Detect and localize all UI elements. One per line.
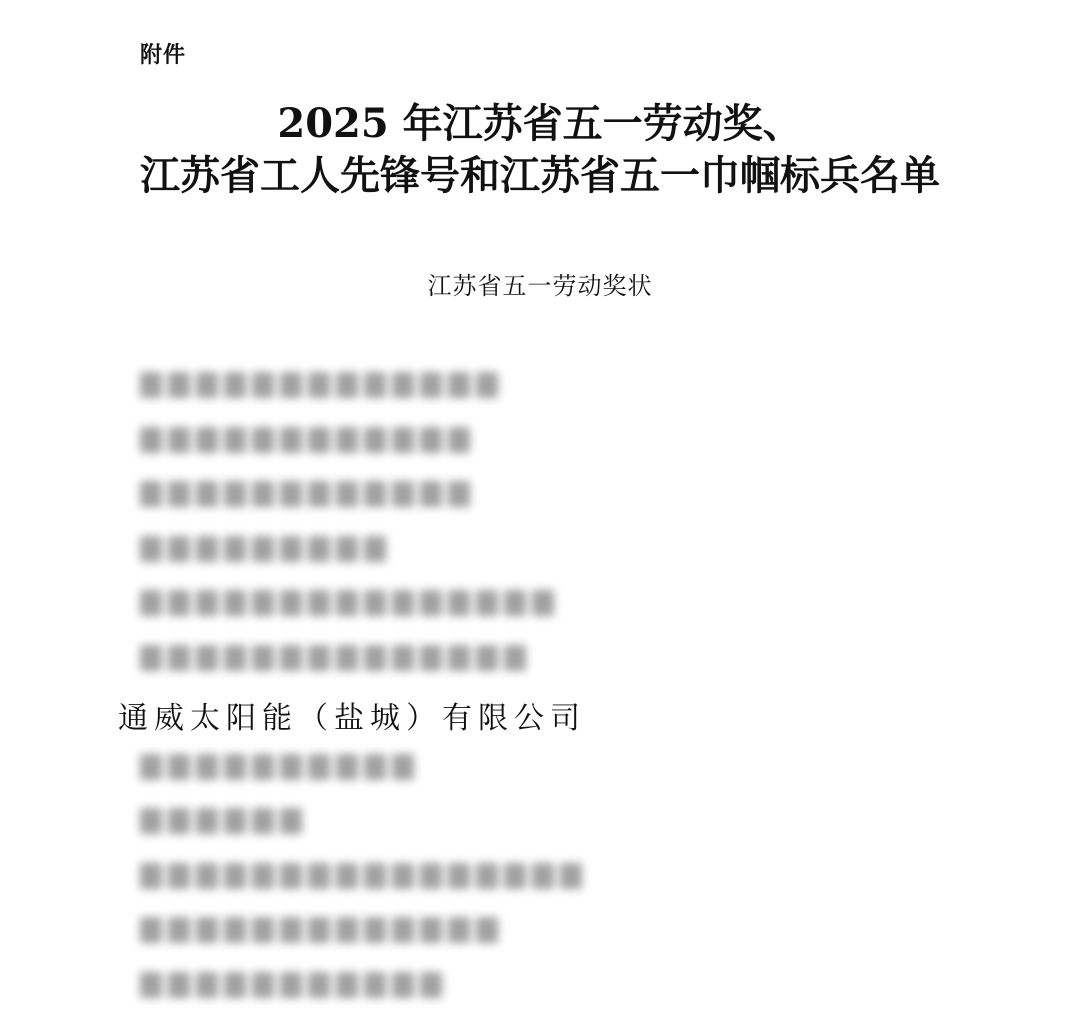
redacted-char [280,427,302,453]
list-item: 通威太阳能（盐城）有限公司 [118,693,586,729]
redacted-char [392,645,414,671]
redacted-char [336,372,358,398]
redacted-char [280,808,302,834]
redacted-char [280,972,302,998]
redacted-char [196,972,218,998]
redacted-char [392,863,414,889]
redacted-char [476,590,498,616]
redacted-char [448,427,470,453]
redacted-char [308,972,330,998]
redacted-char [392,481,414,507]
redacted-char [336,590,358,616]
redacted-char [224,754,246,780]
redacted-char [196,863,218,889]
redacted-char [252,645,274,671]
redacted-char [504,863,526,889]
redacted-char [196,754,218,780]
redacted-char [420,427,442,453]
redacted-char [336,754,358,780]
redacted-char [140,863,162,889]
list-item-redacted [140,917,498,953]
redacted-char [420,863,442,889]
redacted-char [252,863,274,889]
redacted-char [280,754,302,780]
redacted-char [420,372,442,398]
redacted-char [420,917,442,943]
redacted-char [308,372,330,398]
redacted-char [560,863,582,889]
redacted-char [392,972,414,998]
redacted-char [364,754,386,780]
redacted-char [420,590,442,616]
redacted-char [224,863,246,889]
redacted-char [364,863,386,889]
list-item-redacted [140,481,470,517]
redacted-char [168,863,190,889]
redacted-char [224,645,246,671]
redacted-char [224,972,246,998]
redacted-char [224,372,246,398]
redacted-char [196,590,218,616]
list-item-redacted [140,372,498,408]
redacted-char [168,808,190,834]
redacted-char [280,590,302,616]
redacted-char [308,754,330,780]
redacted-char [532,863,554,889]
redacted-char [252,808,274,834]
redacted-char [196,372,218,398]
redacted-char [420,645,442,671]
redacted-char [420,481,442,507]
redacted-char [476,917,498,943]
redacted-char [252,917,274,943]
redacted-char [280,481,302,507]
redacted-char [196,917,218,943]
redacted-char [196,645,218,671]
redacted-char [504,590,526,616]
redacted-char [168,754,190,780]
redacted-char [448,590,470,616]
redacted-char [448,645,470,671]
redacted-char [364,590,386,616]
redacted-char [364,481,386,507]
redacted-char [196,481,218,507]
redacted-char [308,645,330,671]
redacted-char [140,645,162,671]
list-item-redacted [140,972,442,1008]
redacted-char [336,972,358,998]
redacted-char [140,372,162,398]
list-item-redacted [140,754,414,790]
redacted-char [308,863,330,889]
redacted-char [168,372,190,398]
redacted-char [196,427,218,453]
redacted-char [364,372,386,398]
redacted-char [308,427,330,453]
redacted-char [196,808,218,834]
redacted-char [168,917,190,943]
redacted-char [476,863,498,889]
redacted-char [168,536,190,562]
redacted-char [140,481,162,507]
redacted-char [280,645,302,671]
redacted-char [252,590,274,616]
redacted-char [392,427,414,453]
redacted-char [252,972,274,998]
redacted-char [392,917,414,943]
redacted-char [476,645,498,671]
redacted-char [364,536,386,562]
redacted-char [308,590,330,616]
redacted-char [280,536,302,562]
redacted-char [140,590,162,616]
redacted-char [476,372,498,398]
redacted-char [308,536,330,562]
redacted-char [392,754,414,780]
redacted-char [336,863,358,889]
redacted-char [140,972,162,998]
list-item-redacted [140,590,554,626]
redacted-char [392,372,414,398]
redacted-char [252,481,274,507]
redacted-char [448,481,470,507]
redacted-char [252,427,274,453]
redacted-char [168,481,190,507]
redacted-char [196,536,218,562]
page-title-line-2: 江苏省工人先锋号和江苏省五一巾帼标兵名单 [0,144,1080,201]
redacted-char [140,917,162,943]
redacted-char [308,481,330,507]
redacted-char [280,372,302,398]
redacted-char [168,590,190,616]
list-item-redacted [140,645,526,681]
redacted-char [168,972,190,998]
redacted-char [168,427,190,453]
redacted-char [168,645,190,671]
redacted-char [392,590,414,616]
redacted-char [252,536,274,562]
redacted-char [280,863,302,889]
redacted-char [140,754,162,780]
redacted-char [364,427,386,453]
redacted-char [364,972,386,998]
redacted-char [364,645,386,671]
redacted-char [224,536,246,562]
redacted-char [224,481,246,507]
redacted-char [504,645,526,671]
redacted-char [448,917,470,943]
list-item-redacted [140,427,470,463]
redacted-char [224,917,246,943]
redacted-char [336,536,358,562]
redacted-char [280,917,302,943]
redacted-char [448,863,470,889]
redacted-char [532,590,554,616]
redacted-char [364,917,386,943]
list-item-redacted [140,808,302,844]
redacted-char [336,917,358,943]
redacted-char [420,972,442,998]
attachment-label: 附件 [140,38,186,69]
page-title-line-1: 2025 年江苏省五一劳动奖、 [0,92,1080,149]
redacted-char [336,427,358,453]
redacted-char [252,372,274,398]
redacted-char [224,427,246,453]
redacted-char [140,808,162,834]
redacted-char [336,481,358,507]
redacted-char [140,427,162,453]
redacted-char [224,590,246,616]
section-heading: 江苏省五一劳动奖状 [0,266,1080,301]
redacted-char [140,536,162,562]
redacted-char [252,754,274,780]
redacted-char [224,808,246,834]
list-item-redacted [140,536,386,572]
redacted-char [308,917,330,943]
redacted-char [448,372,470,398]
list-item-redacted [140,863,582,899]
redacted-char [336,645,358,671]
